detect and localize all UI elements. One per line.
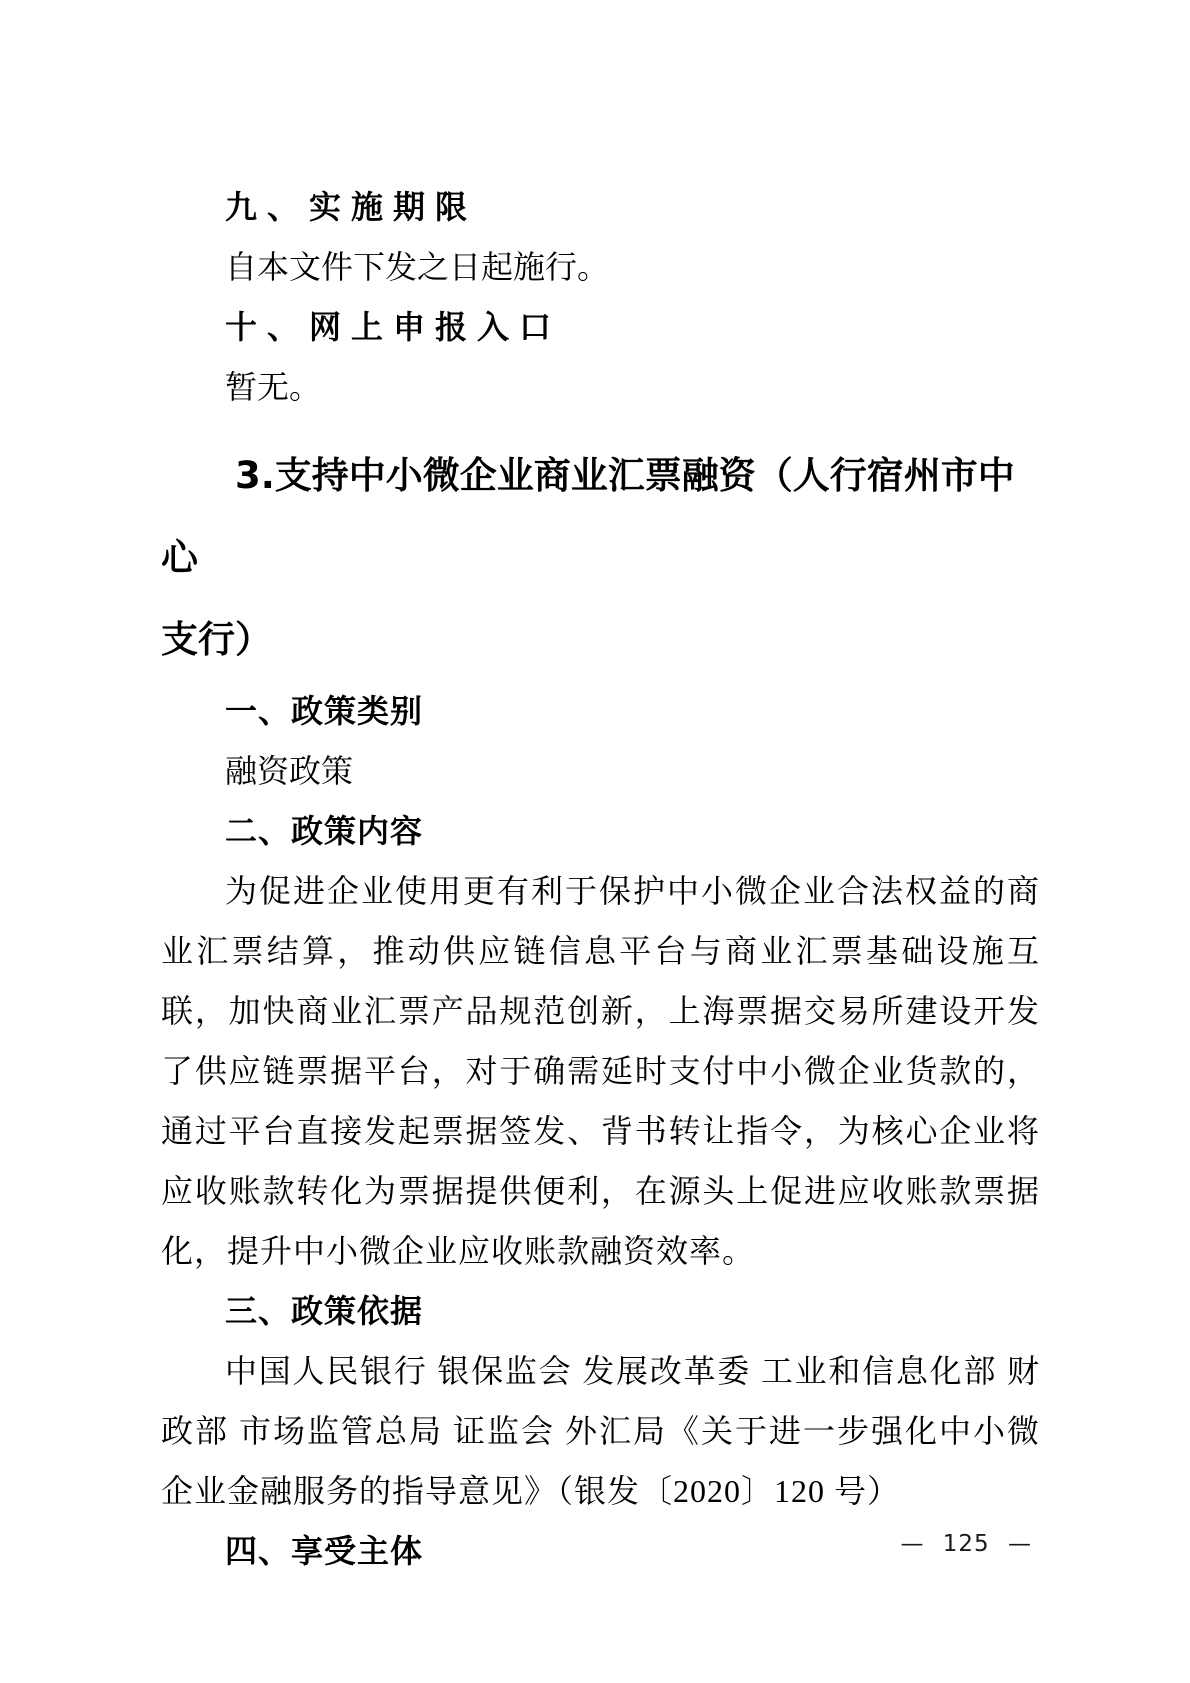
section-heading-three: 三、政策依据 <box>161 1281 1040 1341</box>
policy-title: 3.支持中小微企业商业汇票融资（人行宿州市中心 支行） <box>161 435 1040 681</box>
section-heading-two: 二、政策内容 <box>161 801 1040 861</box>
section-two-body: 为促进企业使用更有利于保护中小微企业合法权益的商业汇票结算，推动供应链信息平台与… <box>161 861 1040 1281</box>
page-content: 九、实施期限 自本文件下发之日起施行。 十、网上申报入口 暂无。 3.支持中小微… <box>161 0 1040 1581</box>
section-heading-one: 一、政策类别 <box>161 681 1040 741</box>
section-ten-body: 暂无。 <box>161 357 1040 417</box>
policy-title-line1: 3.支持中小微企业商业汇票融资（人行宿州市中心 <box>161 454 1015 579</box>
page-number: — 125 — <box>900 1531 1032 1557</box>
section-heading-nine: 九、实施期限 <box>161 177 1040 237</box>
policy-title-line2: 支行） <box>161 618 272 661</box>
section-heading-ten: 十、网上申报入口 <box>161 297 1040 357</box>
section-three-body: 中国人民银行 银保监会 发展改革委 工业和信息化部 财政部 市场监管总局 证监会… <box>161 1341 1040 1521</box>
document-page: 九、实施期限 自本文件下发之日起施行。 十、网上申报入口 暂无。 3.支持中小微… <box>0 0 1190 1683</box>
section-one-body: 融资政策 <box>161 741 1040 801</box>
section-nine-body: 自本文件下发之日起施行。 <box>161 237 1040 297</box>
